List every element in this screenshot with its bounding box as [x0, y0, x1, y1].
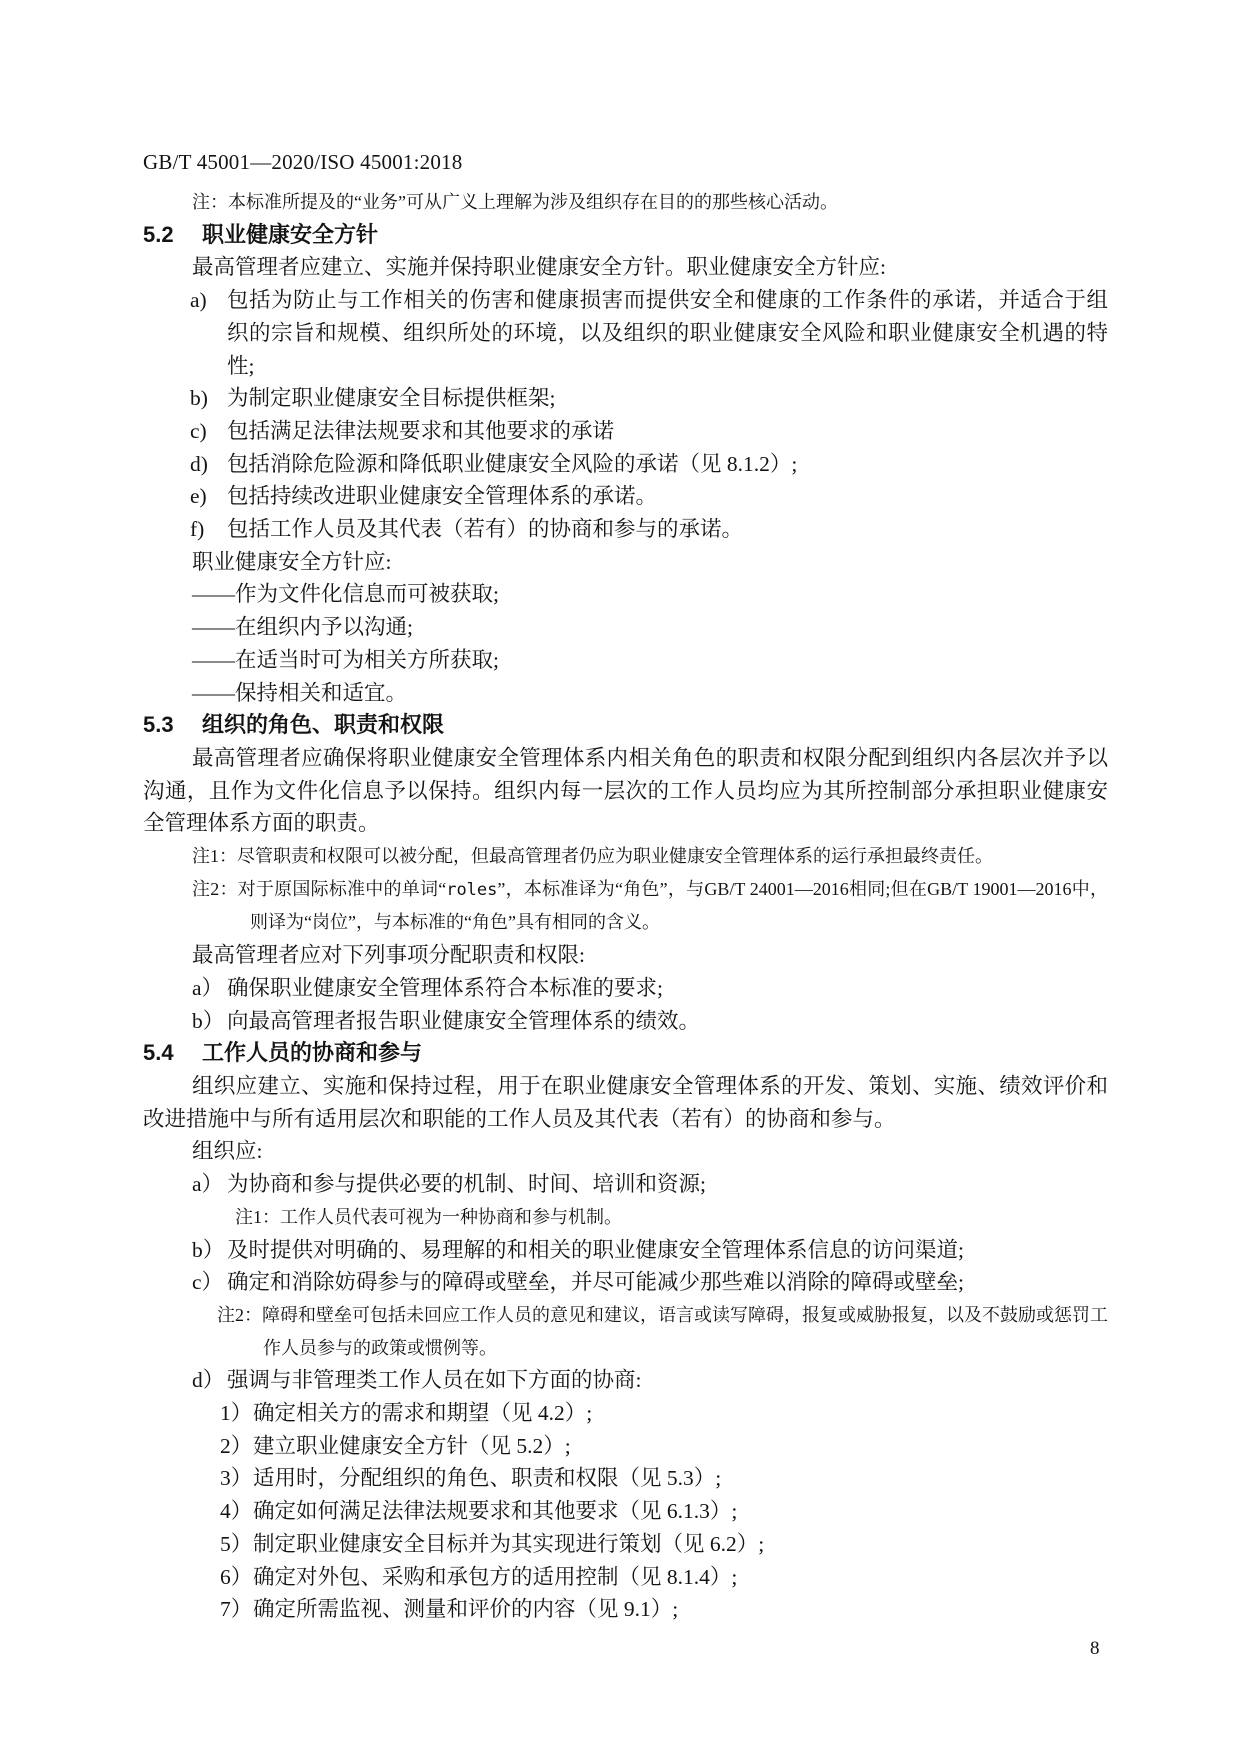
section-heading-5-4: 5.4工作人员的协商和参与 [143, 1037, 1108, 1070]
text-run: 确定如何满足法律法规要求和其他要求（见 6.1.3）; [253, 1499, 737, 1523]
item-marker: 7） [220, 1593, 252, 1626]
section-heading-5-3: 5.3组织的角色、职责和权限 [143, 709, 1108, 742]
list-item-5-4-a: a）为协商和参与提供必要的机制、时间、培训和资源; [143, 1168, 1108, 1201]
list-item-5-2-a: a)包括为防止与工作相关的伤害和健康损害而提供安全和健康的工作条件的承诺，并适合… [143, 284, 1108, 382]
text-run: 包括工作人员及其代表（若有）的协商和参与的承诺。 [227, 517, 743, 541]
text-run: 制定职业健康安全目标并为其实现进行策划（见 6.2）; [253, 1532, 764, 1556]
document-header-standard-number: GB/T 45001—2020/ISO 45001:2018 [143, 150, 1108, 174]
note-business-term: 注：本标准所提及的“业务”可从广义上理解为涉及组织存在目的的那些核心活动。 [143, 186, 1108, 219]
item-marker: b） [192, 1234, 224, 1267]
list-item-5-2-e: e)包括持续改进职业健康安全管理体系的承诺。 [143, 480, 1108, 513]
sub-item-5-4-d-2: 2）建立职业健康安全方针（见 5.2）; [143, 1430, 1108, 1463]
text-run: 组织应: [192, 1139, 262, 1163]
section-title: 职业健康安全方针 [202, 222, 378, 247]
text-run: 适用时，分配组织的角色、职责和权限（见 5.3）; [253, 1466, 721, 1490]
item-marker: 6） [220, 1561, 252, 1594]
list-item-5-2-f: f)包括工作人员及其代表（若有）的协商和参与的承诺。 [143, 513, 1108, 546]
paragraph-5-2-intro: 最高管理者应建立、实施并保持职业健康安全方针。职业健康安全方针应: [143, 251, 1108, 284]
paragraph-5-3-assign: 最高管理者应对下列事项分配职责和权限: [143, 939, 1108, 972]
text-run: 注2：对于原国际标准中的单词“ [192, 879, 446, 899]
text-run: 建立职业健康安全方针（见 5.2）; [253, 1434, 571, 1458]
text-run: 及时提供对明确的、易理解的和相关的职业健康安全管理体系信息的访问渠道; [227, 1238, 964, 1262]
text-run: 为协商和参与提供必要的机制、时间、培训和资源; [227, 1172, 706, 1196]
item-marker: d) [190, 448, 208, 481]
sub-item-5-4-d-7: 7）确定所需监视、测量和评价的内容（见 9.1）; [143, 1593, 1108, 1626]
sub-item-5-4-d-6: 6）确定对外包、采购和承包方的适用控制（见 8.1.4）; [143, 1561, 1108, 1594]
item-marker: c) [190, 415, 207, 448]
text-run: 强调与非管理类工作人员在如下方面的协商: [227, 1368, 641, 1392]
document-content: 注：本标准所提及的“业务”可从广义上理解为涉及组织存在目的的那些核心活动。5.2… [143, 186, 1108, 1626]
sub-item-5-4-d-1: 1）确定相关方的需求和期望（见 4.2）; [143, 1397, 1108, 1430]
text-run: 组织应建立、实施和保持过程，用于在职业健康安全管理体系的开发、策划、实施、绩效评… [143, 1074, 1108, 1131]
item-marker: b) [190, 382, 208, 415]
text-run: 包括消除危险源和降低职业健康安全风险的承诺（见 8.1.2）; [227, 452, 797, 476]
text-run: 确定和消除妨碍参与的障碍或壁垒，并尽可能减少那些难以消除的障碍或壁垒; [227, 1270, 964, 1294]
section-number: 5.4 [143, 1037, 202, 1070]
sub-item-5-4-d-3: 3）适用时，分配组织的角色、职责和权限（见 5.3）; [143, 1462, 1108, 1495]
item-marker: a) [190, 284, 207, 317]
list-item-5-4-b: b）及时提供对明确的、易理解的和相关的职业健康安全管理体系信息的访问渠道; [143, 1234, 1108, 1267]
item-marker: f) [190, 513, 204, 546]
item-marker: 4） [220, 1495, 252, 1528]
item-marker: e) [190, 480, 207, 513]
item-marker: b） [192, 1005, 224, 1038]
text-run: 包括持续改进职业健康安全管理体系的承诺。 [227, 484, 657, 508]
text-run: 注1：工作人员代表可视为一种协商和参与机制。 [235, 1207, 622, 1227]
text-run: 最高管理者应对下列事项分配职责和权限: [192, 943, 585, 967]
note-5-3-1: 注1：尽管职责和权限可以被分配，但最高管理者仍应为职业健康安全管理体系的运行承担… [143, 840, 1108, 873]
item-marker: a） [192, 1168, 223, 1201]
item-marker: 5） [220, 1528, 252, 1561]
item-marker: 3） [220, 1462, 252, 1495]
page-number: 8 [1090, 1638, 1100, 1660]
dash-item-documented-info: ——作为文件化信息而可被获取; [143, 578, 1108, 611]
text-run: 确定对外包、采购和承包方的适用控制（见 8.1.4）; [253, 1565, 737, 1589]
text-run: 向最高管理者报告职业健康安全管理体系的绩效。 [227, 1009, 700, 1033]
paragraph-org-shall: 组织应: [143, 1135, 1108, 1168]
list-item-5-4-d: d）强调与非管理类工作人员在如下方面的协商: [143, 1364, 1108, 1397]
note-5-4-1: 注1：工作人员代表可视为一种协商和参与机制。 [143, 1201, 1108, 1234]
list-item-5-2-b: b)为制定职业健康安全目标提供框架; [143, 382, 1108, 415]
text-run: ——在适当时可为相关方所获取; [192, 648, 499, 672]
list-item-5-2-d: d)包括消除危险源和降低职业健康安全风险的承诺（见 8.1.2）; [143, 448, 1108, 481]
text-run: 确保职业健康安全管理体系符合本标准的要求; [227, 976, 663, 1000]
text-run: 确定所需监视、测量和评价的内容（见 9.1）; [253, 1597, 678, 1621]
text-run: ——保持相关和适宜。 [192, 681, 407, 705]
list-item-5-4-c: c）确定和消除妨碍参与的障碍或壁垒，并尽可能减少那些难以消除的障碍或壁垒; [143, 1266, 1108, 1299]
sub-item-5-4-d-4: 4）确定如何满足法律法规要求和其他要求（见 6.1.3）; [143, 1495, 1108, 1528]
note-5-3-2: 注2：对于原国际标准中的单词“roles”，本标准译为“角色”，与GB/T 24… [143, 873, 1108, 939]
paragraph-5-3-intro: 最高管理者应确保将职业健康安全管理体系内相关角色的职责和权限分配到组织内各层次并… [143, 742, 1108, 840]
text-run: 确定相关方的需求和期望（见 4.2）; [253, 1401, 592, 1425]
text-run: 最高管理者应确保将职业健康安全管理体系内相关角色的职责和权限分配到组织内各层次并… [143, 746, 1108, 835]
section-title: 组织的角色、职责和权限 [202, 712, 444, 737]
item-marker: 1） [220, 1397, 252, 1430]
text-run: 注1：尽管职责和权限可以被分配，但最高管理者仍应为职业健康安全管理体系的运行承担… [192, 846, 993, 866]
list-item-5-2-c: c)包括满足法律法规要求和其他要求的承诺 [143, 415, 1108, 448]
dash-item-communicated: ——在组织内予以沟通; [143, 611, 1108, 644]
text-run: 注2：障碍和壁垒可包括未回应工作人员的意见和建议，语言或读写障碍，报复或威胁报复… [217, 1305, 1108, 1358]
text-run: 职业健康安全方针应: [192, 550, 391, 574]
note-5-4-2: 注2：障碍和壁垒可包括未回应工作人员的意见和建议，语言或读写障碍，报复或威胁报复… [143, 1299, 1108, 1364]
text-run: 为制定职业健康安全目标提供框架; [227, 386, 555, 410]
text-run-mono: roles [446, 880, 497, 900]
dash-item-available: ——在适当时可为相关方所获取; [143, 644, 1108, 677]
text-run: 包括为防止与工作相关的伤害和健康损害而提供安全和健康的工作条件的承诺，并适合于组… [227, 288, 1108, 377]
item-marker: 2） [220, 1430, 252, 1463]
paragraph-5-4-intro: 组织应建立、实施和保持过程，用于在职业健康安全管理体系的开发、策划、实施、绩效评… [143, 1070, 1108, 1135]
section-heading-5-2: 5.2职业健康安全方针 [143, 219, 1108, 252]
section-number: 5.3 [143, 709, 202, 742]
document-page: GB/T 45001—2020/ISO 45001:2018 注：本标准所提及的… [0, 0, 1241, 1755]
section-title: 工作人员的协商和参与 [202, 1040, 422, 1065]
text-run: 包括满足法律法规要求和其他要求的承诺 [227, 419, 614, 443]
dash-item-relevant: ——保持相关和适宜。 [143, 677, 1108, 710]
text-run: ——作为文件化信息而可被获取; [192, 582, 499, 606]
list-item-5-3-a: a）确保职业健康安全管理体系符合本标准的要求; [143, 972, 1108, 1005]
item-marker: a） [192, 972, 223, 1005]
text-run: 注：本标准所提及的“业务”可从广义上理解为涉及组织存在目的的那些核心活动。 [192, 192, 838, 212]
item-marker: c） [192, 1266, 223, 1299]
item-marker: d） [192, 1364, 224, 1397]
text-run: ——在组织内予以沟通; [192, 615, 413, 639]
list-item-5-3-b: b）向最高管理者报告职业健康安全管理体系的绩效。 [143, 1005, 1108, 1038]
paragraph-policy-shall: 职业健康安全方针应: [143, 546, 1108, 579]
sub-item-5-4-d-5: 5）制定职业健康安全目标并为其实现进行策划（见 6.2）; [143, 1528, 1108, 1561]
section-number: 5.2 [143, 219, 202, 252]
text-run: 最高管理者应建立、实施并保持职业健康安全方针。职业健康安全方针应: [192, 255, 886, 279]
